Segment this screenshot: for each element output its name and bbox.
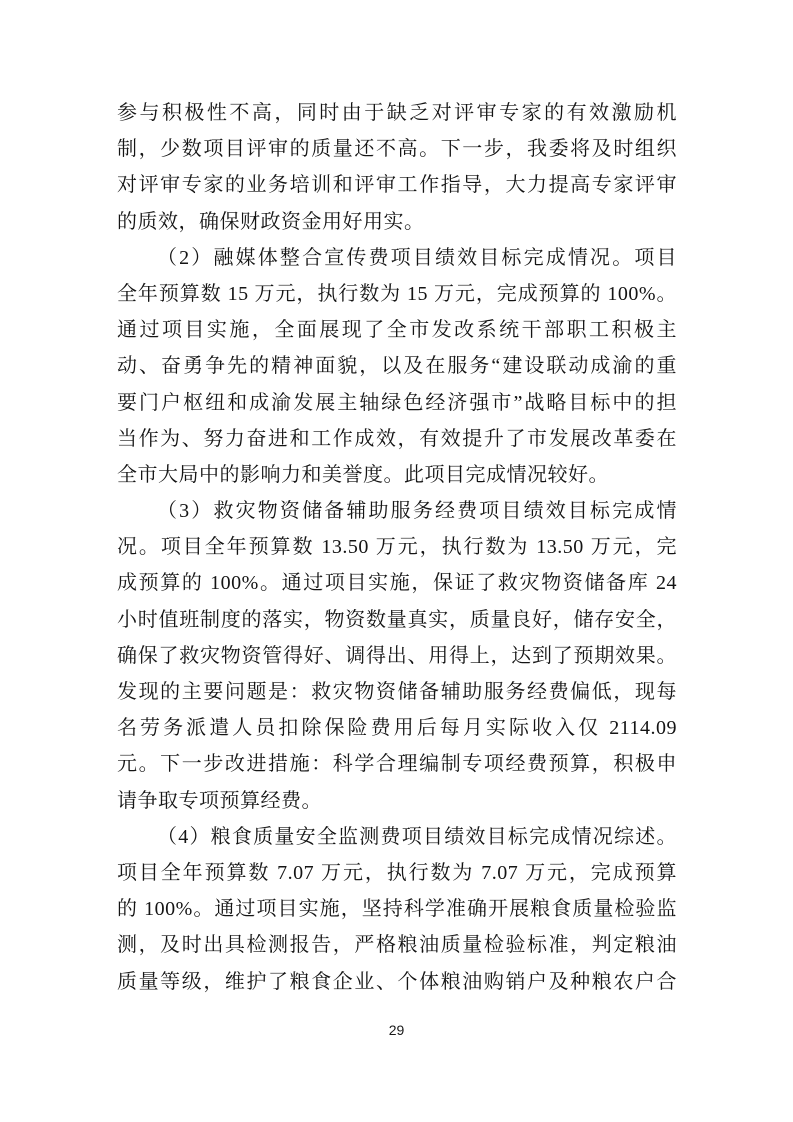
- text-line: 测，及时出具检测报告，严格粮油质量检验标准，判定粮油: [117, 927, 677, 963]
- text-line: 元。下一步改进措施：科学合理编制专项经费预算，积极申: [117, 746, 677, 782]
- text-line: 况。项目全年预算数 13.50 万元，执行数为 13.50 万元，完: [117, 529, 677, 565]
- text-line: （3）救灾物资储备辅助服务经费项目绩效目标完成情: [117, 493, 677, 529]
- text-line: 制，少数项目评审的质量还不高。下一步，我委将及时组织: [117, 131, 677, 167]
- text-line: 质量等级，维护了粮食企业、个体粮油购销户及种粮农户合: [117, 964, 677, 1000]
- text-line: 要门户枢纽和成渝发展主轴绿色经济强市”战略目标中的担: [117, 385, 677, 421]
- text-line: 动、奋勇争先的精神面貌，以及在服务“建设联动成渝的重: [117, 348, 677, 384]
- text-line: 项目全年预算数 7.07 万元，执行数为 7.07 万元，完成预算: [117, 855, 677, 891]
- text-line: 全市大局中的影响力和美誉度。此项目完成情况较好。: [117, 457, 677, 493]
- document-body: 参与积极性不高，同时由于缺乏对评审专家的有效激励机制，少数项目评审的质量还不高。…: [117, 95, 677, 1000]
- text-line: （2）融媒体整合宣传费项目绩效目标完成情况。项目: [117, 240, 677, 276]
- text-line: 名劳务派遣人员扣除保险费用后每月实际收入仅 2114.09: [117, 710, 677, 746]
- text-line: 成预算的 100%。通过项目实施，保证了救灾物资储备库 24: [117, 565, 677, 601]
- text-line: 全年预算数 15 万元，执行数为 15 万元，完成预算的 100%。: [117, 276, 677, 312]
- text-line: 确保了救灾物资管得好、调得出、用得上，达到了预期效果。: [117, 638, 677, 674]
- text-line: 小时值班制度的落实，物资数量真实，质量良好，储存安全，: [117, 602, 677, 638]
- document-page: 参与积极性不高，同时由于缺乏对评审专家的有效激励机制，少数项目评审的质量还不高。…: [0, 0, 793, 1122]
- text-line: 当作为、努力奋进和工作成效，有效提升了市发展改革委在: [117, 421, 677, 457]
- text-line: （4）粮食质量安全监测费项目绩效目标完成情况综述。: [117, 819, 677, 855]
- text-line: 请争取专项预算经费。: [117, 783, 677, 819]
- text-line: 发现的主要问题是：救灾物资储备辅助服务经费偏低，现每: [117, 674, 677, 710]
- text-line: 通过项目实施，全面展现了全市发改系统干部职工积极主: [117, 312, 677, 348]
- text-line: 参与积极性不高，同时由于缺乏对评审专家的有效激励机: [117, 95, 677, 131]
- text-line: 对评审专家的业务培训和评审工作指导，大力提高专家评审: [117, 167, 677, 203]
- page-number: 29: [0, 1022, 793, 1038]
- text-line: 的质效，确保财政资金用好用实。: [117, 204, 677, 240]
- text-line: 的 100%。通过项目实施，坚持科学准确开展粮食质量检验监: [117, 891, 677, 927]
